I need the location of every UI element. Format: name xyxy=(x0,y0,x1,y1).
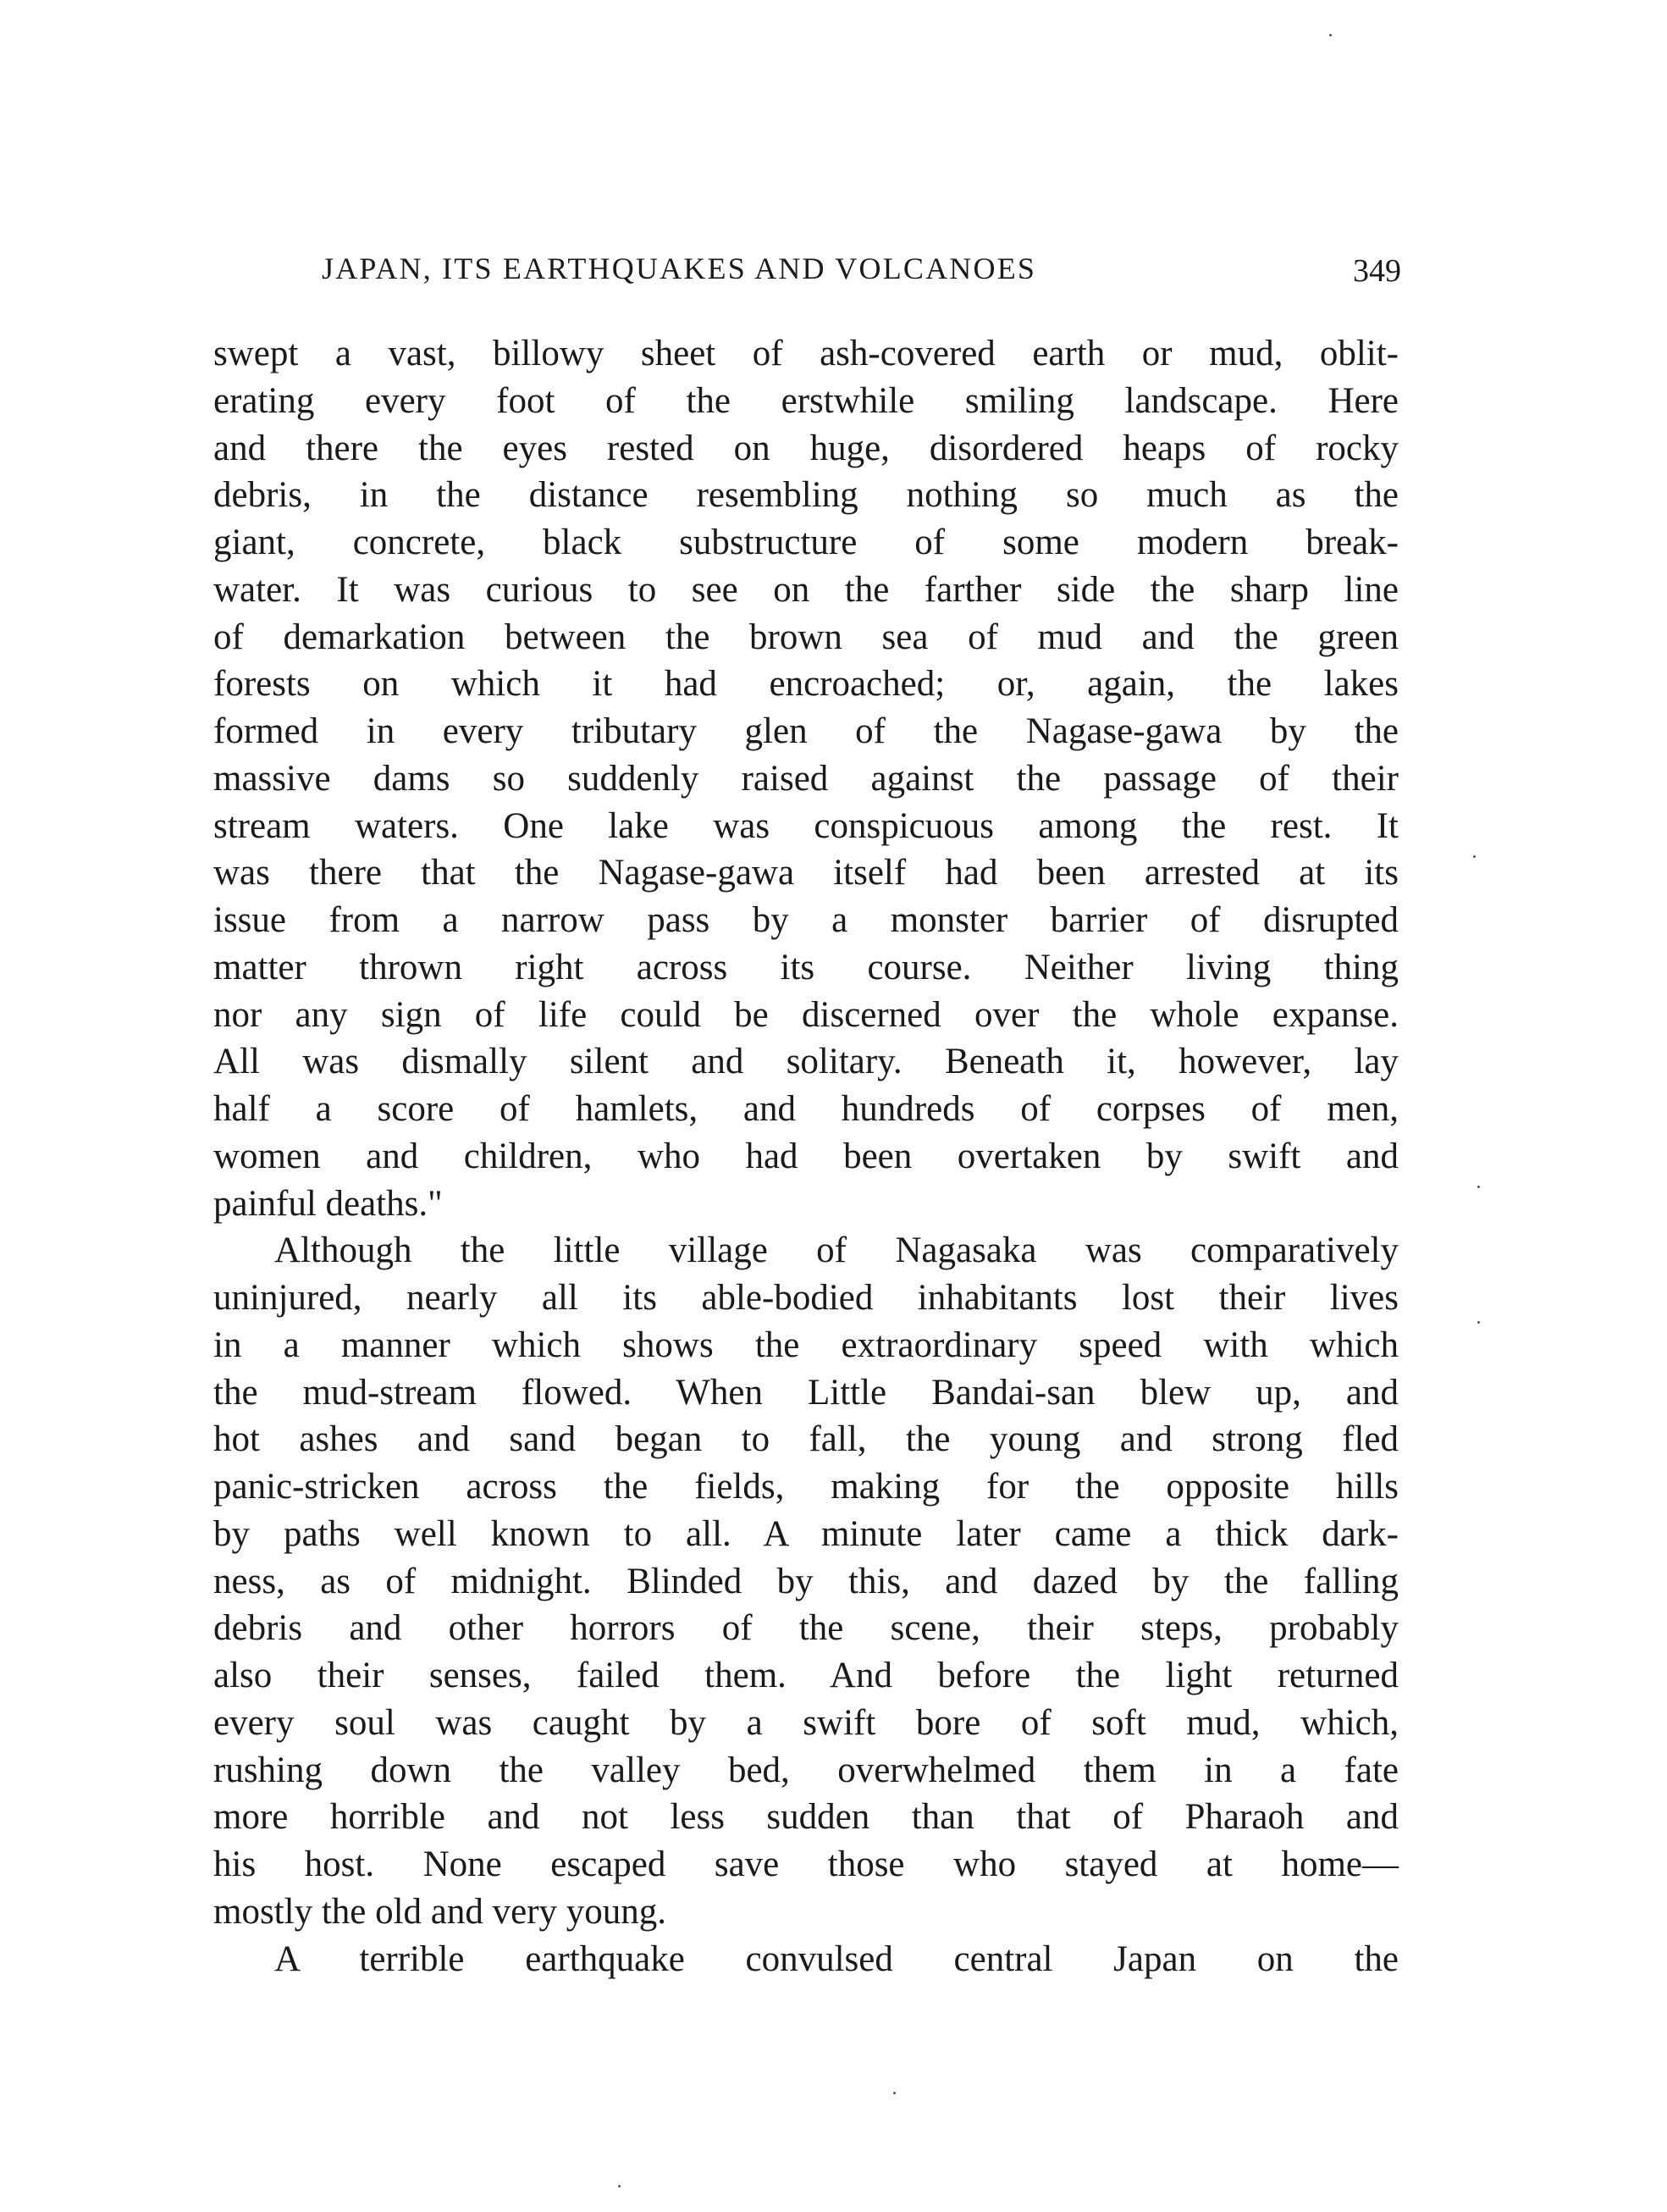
text-line: of demarkation between the brown sea of … xyxy=(213,614,1399,661)
running-head: JAPAN, ITS EARTHQUAKES AND VOLCANOES 349 xyxy=(322,251,1401,293)
text-line: uninjured, nearly all its able-bodied in… xyxy=(213,1275,1399,1322)
text-line: issue from a narrow pass by a monster ba… xyxy=(213,897,1399,944)
book-page: JAPAN, ITS EARTHQUAKES AND VOLCANOES 349… xyxy=(0,0,1667,2212)
text-line: nor any sign of life could be discerned … xyxy=(213,992,1399,1039)
paragraph-start-line: A terrible earthquake convulsed central … xyxy=(213,1936,1399,1983)
scan-speck xyxy=(1329,34,1332,36)
text-line: formed in every tributary glen of the Na… xyxy=(213,708,1399,755)
scan-speck xyxy=(1477,1321,1480,1324)
text-line: forests on which it had encroached; or, … xyxy=(213,661,1399,708)
text-line: by paths well known to all. A minute lat… xyxy=(213,1511,1399,1558)
text-line: was there that the Nagase-gawa itself ha… xyxy=(213,849,1399,897)
paragraph-start-line: Although the little village of Nagasaka … xyxy=(213,1227,1399,1275)
text-line: his host. None escaped save those who st… xyxy=(213,1841,1399,1888)
text-line: women and children, who had been overtak… xyxy=(213,1133,1399,1181)
paragraph-end-line: mostly the old and very young. xyxy=(213,1888,1399,1936)
scan-speck xyxy=(1477,1186,1480,1188)
body-text: swept a vast, billowy sheet of ash-cover… xyxy=(213,330,1399,1983)
text-line: hot ashes and sand began to fall, the yo… xyxy=(213,1416,1399,1463)
paragraph-end-line: painful deaths." xyxy=(213,1181,1399,1228)
text-line: in a manner which shows the extraordinar… xyxy=(213,1322,1399,1369)
scan-speck xyxy=(618,2185,621,2187)
text-line: panic-stricken across the fields, making… xyxy=(213,1463,1399,1511)
running-head-title: JAPAN, ITS EARTHQUAKES AND VOLCANOES xyxy=(322,251,1036,286)
page-number: 349 xyxy=(1353,252,1401,290)
text-line: more horrible and not less sudden than t… xyxy=(213,1794,1399,1841)
text-line: half a score of hamlets, and hundreds of… xyxy=(213,1086,1399,1133)
text-line: massive dams so suddenly raised against … xyxy=(213,755,1399,803)
text-line: ness, as of midnight. Blinded by this, a… xyxy=(213,1558,1399,1606)
text-line: rushing down the valley bed, overwhelmed… xyxy=(213,1747,1399,1794)
text-line: and there the eyes rested on huge, disor… xyxy=(213,425,1399,473)
text-line: stream waters. One lake was conspicuous … xyxy=(213,803,1399,850)
scan-speck xyxy=(893,2092,896,2094)
text-line: water. It was curious to see on the fart… xyxy=(213,567,1399,614)
scan-speck xyxy=(1473,855,1476,858)
text-line: also their senses, failed them. And befo… xyxy=(213,1652,1399,1700)
text-line: every soul was caught by a swift bore of… xyxy=(213,1700,1399,1747)
text-line: All was dismally silent and solitary. Be… xyxy=(213,1038,1399,1086)
text-line: debris, in the distance resembling nothi… xyxy=(213,472,1399,519)
text-line: matter thrown right across its course. N… xyxy=(213,944,1399,992)
text-line: giant, concrete, black substructure of s… xyxy=(213,519,1399,567)
text-line: swept a vast, billowy sheet of ash-cover… xyxy=(213,330,1399,378)
text-line: debris and other horrors of the scene, t… xyxy=(213,1605,1399,1652)
text-line: erating every foot of the erstwhile smil… xyxy=(213,378,1399,425)
text-line: the mud-stream flowed. When Little Banda… xyxy=(213,1369,1399,1417)
